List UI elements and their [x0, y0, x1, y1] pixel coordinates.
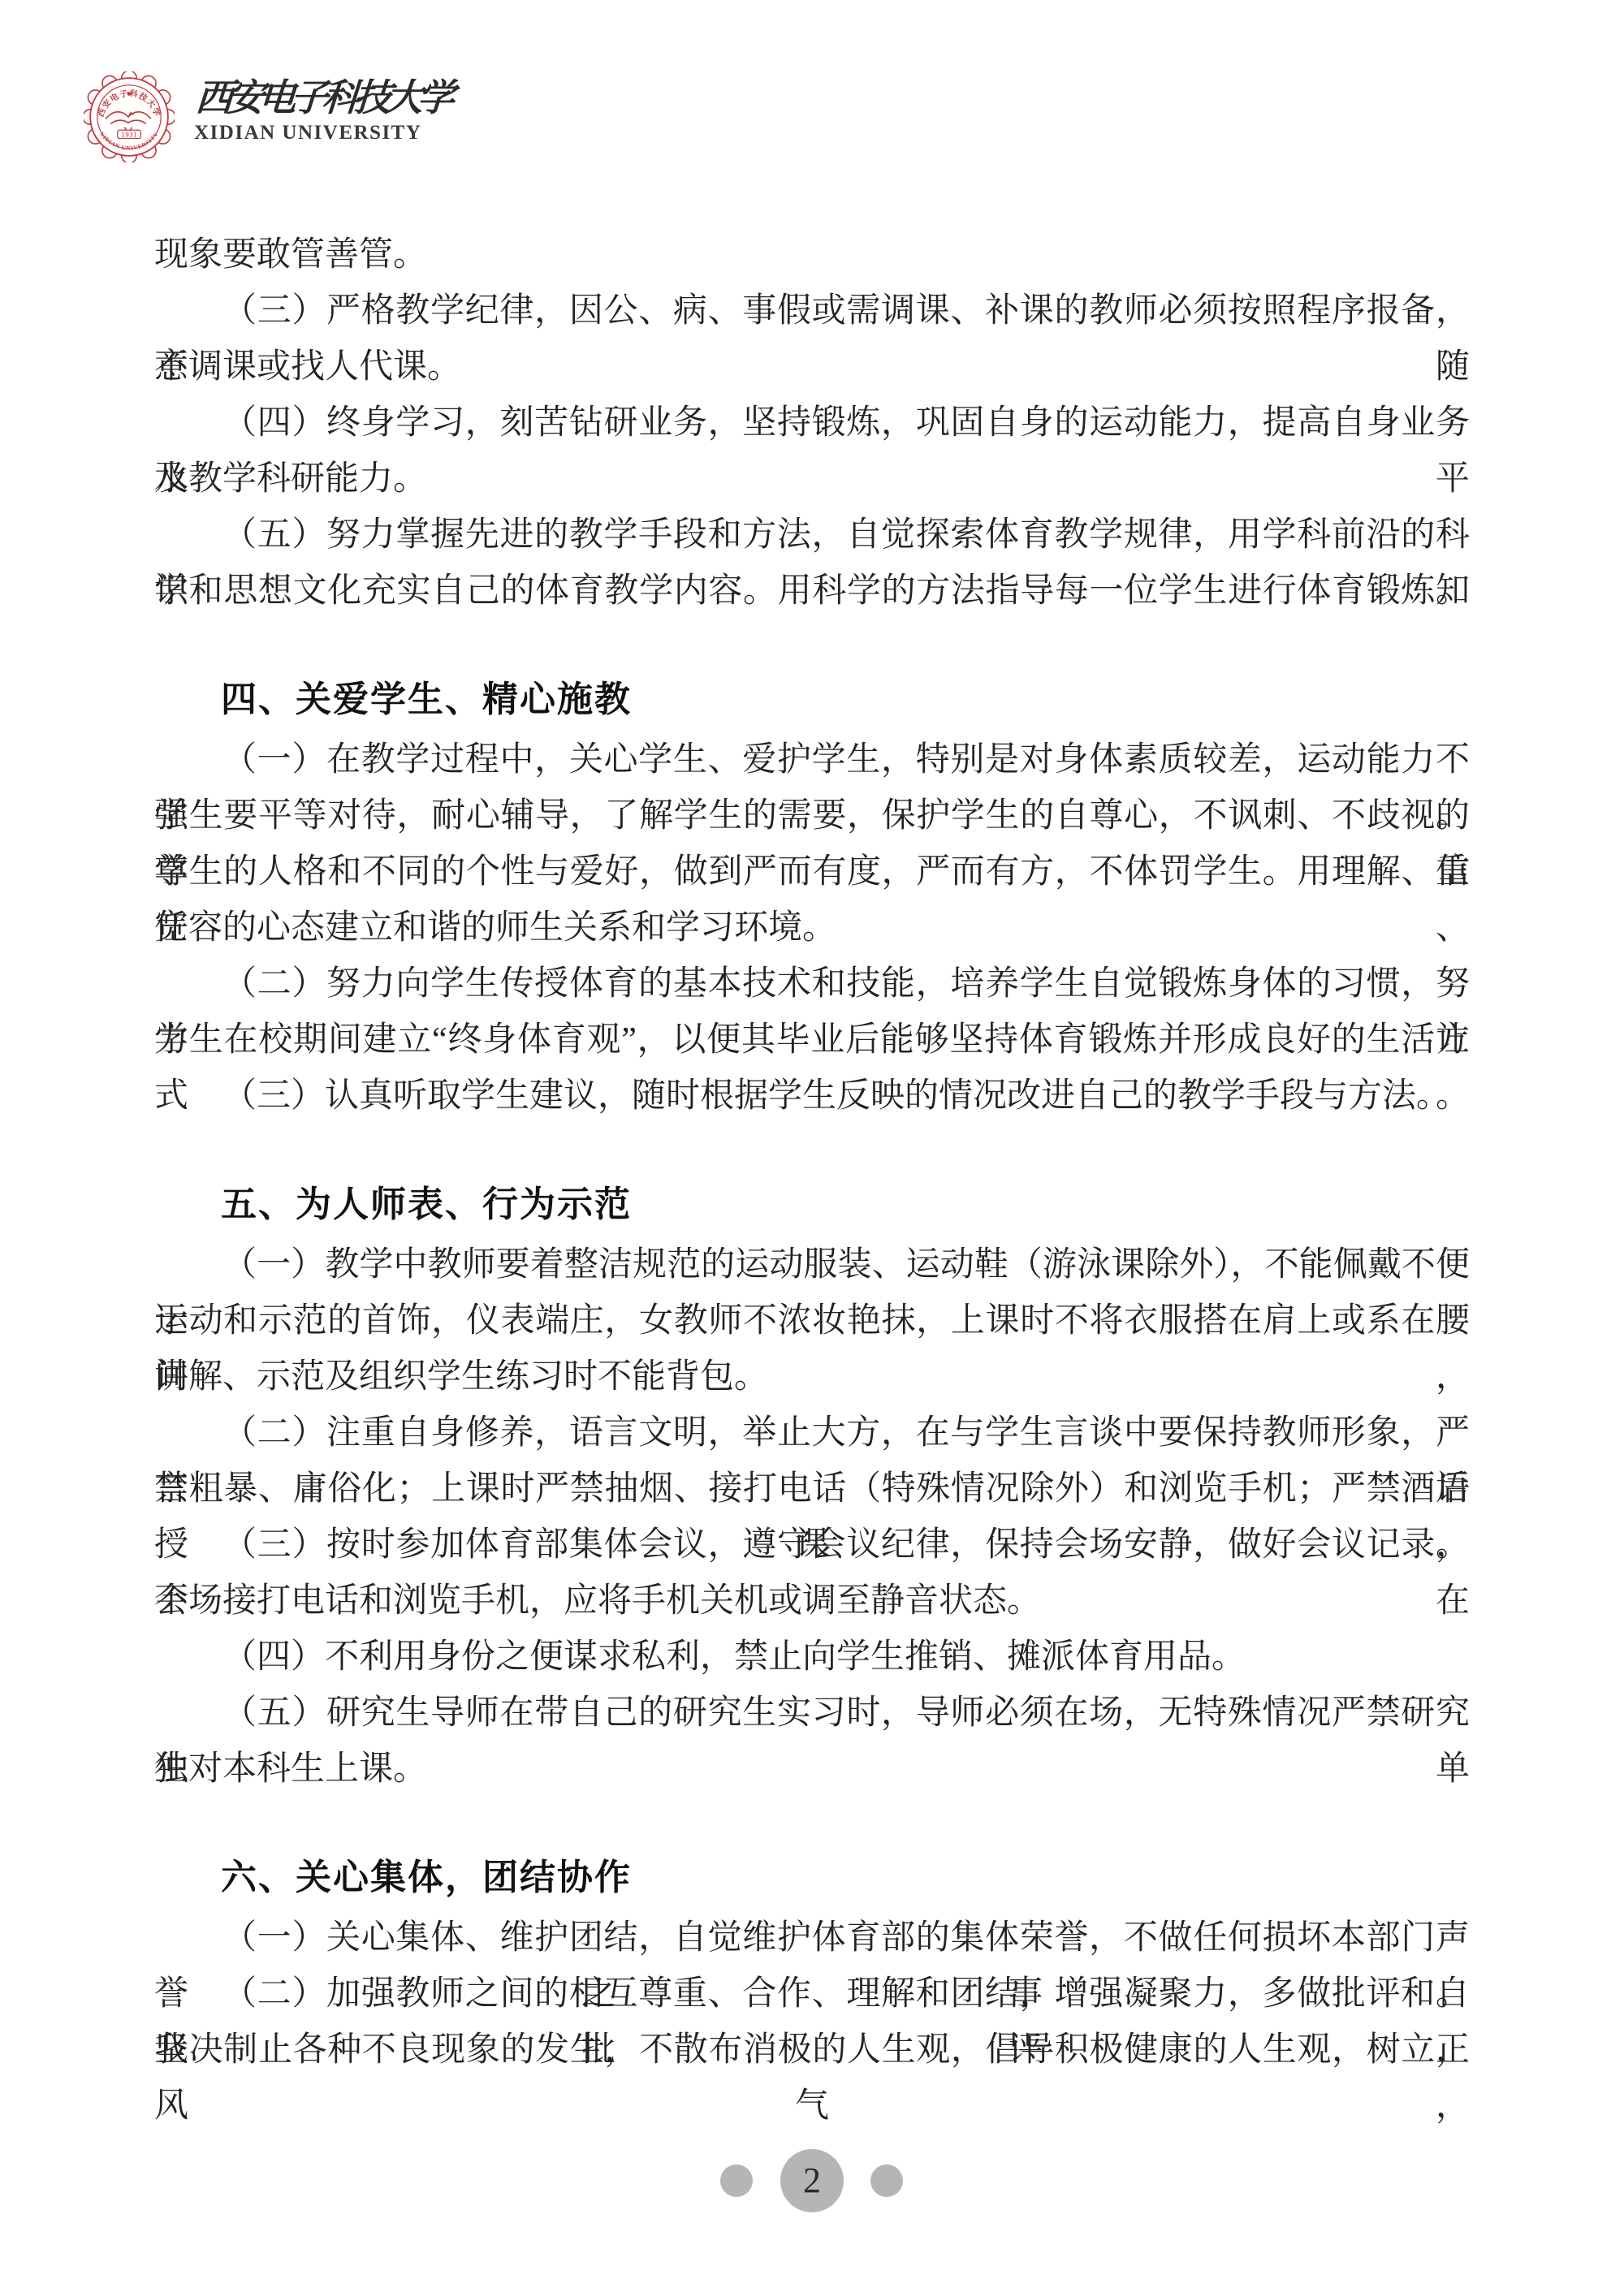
seal-dot	[127, 92, 132, 96]
document-line: （三）严格教学纪律，因公、病、事假或需调课、补课的教师必须按照程序报备，不随	[154, 283, 1470, 339]
header-logo: 西安电子科技大学 1931 XIDIAN UNIVERSITY 西安电子科技大学…	[84, 71, 447, 162]
page: { "header": { "university_cn": "西安电子科技大学…	[0, 0, 1624, 2296]
document-line: 学生的人格和不同的个性与爱好，做到严而有度，严而有方，不体罚学生。用理解、信任、	[154, 844, 1470, 900]
page-number: 2	[803, 2163, 821, 2199]
document-line: （一）关心集体、维护团结，自觉维护体育部的集体荣誉，不做任何损坏本部门声誉之事。	[154, 1910, 1470, 1966]
document-line: （一）在教学过程中，关心学生、爱护学生，特别是对身体素质较差，运动能力不强的	[154, 732, 1470, 788]
document-line: （三）认真听取学生建议，随时根据学生反映的情况改进自己的教学手段与方法。	[154, 1068, 1470, 1124]
document-line: （四）终身学习，刻苦钻研业务，坚持锻炼，巩固自身的运动能力，提高自身业务水平	[154, 395, 1470, 451]
section-heading: 四、关爱学生、精心施教	[154, 671, 1470, 727]
footer-dot-right	[870, 2164, 903, 2197]
document-line: （三）按时参加体育部集体会议，遵守会议纪律，保持会场安静，做好会议记录，不在	[154, 1517, 1470, 1573]
document-line: 学生要平等对待，耐心辅导，了解学生的需要，保护学生的自尊心，不讽刺、不歧视。尊重	[154, 788, 1470, 844]
university-name-en: XIDIAN UNIVERSITY	[194, 122, 447, 145]
seal-year: 1931	[121, 131, 137, 138]
document-body: 现象要敢管善管。（三）严格教学纪律，因公、病、事假或需调课、补课的教师必须按照程…	[154, 227, 1470, 2078]
document-line: （二）加强教师之间的相互尊重、合作、理解和团结，增强凝聚力，多做批评和自我批评，	[154, 1966, 1470, 2022]
section-heading: 五、为人师表、行为示范	[154, 1176, 1470, 1232]
page-footer: 2	[0, 2149, 1624, 2214]
document-line: （一）教学中教师要着整洁规范的运动服装、运动鞋（游泳课除外），不能佩戴不便于	[154, 1237, 1470, 1293]
university-wordmark: 西安电子科技大学 XIDIAN UNIVERSITY	[194, 71, 447, 145]
document-line: （五）努力掌握先进的教学手段和方法，自觉探索体育教学规律，用学科前沿的科学知	[154, 507, 1470, 563]
document-line: （五）研究生导师在带自己的研究生实习时，导师必须在场，无特殊情况严禁研究生单	[154, 1685, 1470, 1741]
document-line: 识和思想文化充实自己的体育教学内容。用科学的方法指导每一位学生进行体育锻炼。	[154, 563, 1470, 619]
document-line: 运动和示范的首饰，仪表端庄，女教师不浓妆艳抹，上课时不将衣服搭在肩上或系在腰间，	[154, 1293, 1470, 1349]
university-seal-icon: 西安电子科技大学 1931 XIDIAN UNIVERSITY	[84, 71, 175, 162]
page-number-badge: 2	[780, 2149, 844, 2212]
document-line: （二）努力向学生传授体育的基本技术和技能，培养学生自觉锻炼身体的习惯，努力让	[154, 956, 1470, 1012]
document-line: 学生在校期间建立“终身体育观”，以便其毕业后能够坚持体育锻炼并形成良好的生活方式…	[154, 1012, 1470, 1068]
footer-dot-left	[720, 2164, 753, 2197]
document-line: （二）注重自身修养，语言文明，举止大方，在与学生言谈中要保持教师形象，严禁语	[154, 1405, 1470, 1461]
document-line: 现象要敢管善管。	[154, 227, 1470, 283]
document-line: 言粗暴、庸俗化；上课时严禁抽烟、接打电话（特殊情况除外）和浏览手机；严禁酒后授课…	[154, 1461, 1470, 1517]
document-line: （四）不利用身份之便谋求私利，禁止向学生推销、摊派体育用品。	[154, 1629, 1470, 1685]
university-name-cn: 西安电子科技大学	[194, 76, 451, 119]
document-line: 坚决制止各种不良现象的发生，不散布消极的人生观，倡导积极健康的人生观，树立正风气…	[154, 2022, 1470, 2078]
section-heading: 六、关心集体，团结协作	[154, 1849, 1470, 1905]
